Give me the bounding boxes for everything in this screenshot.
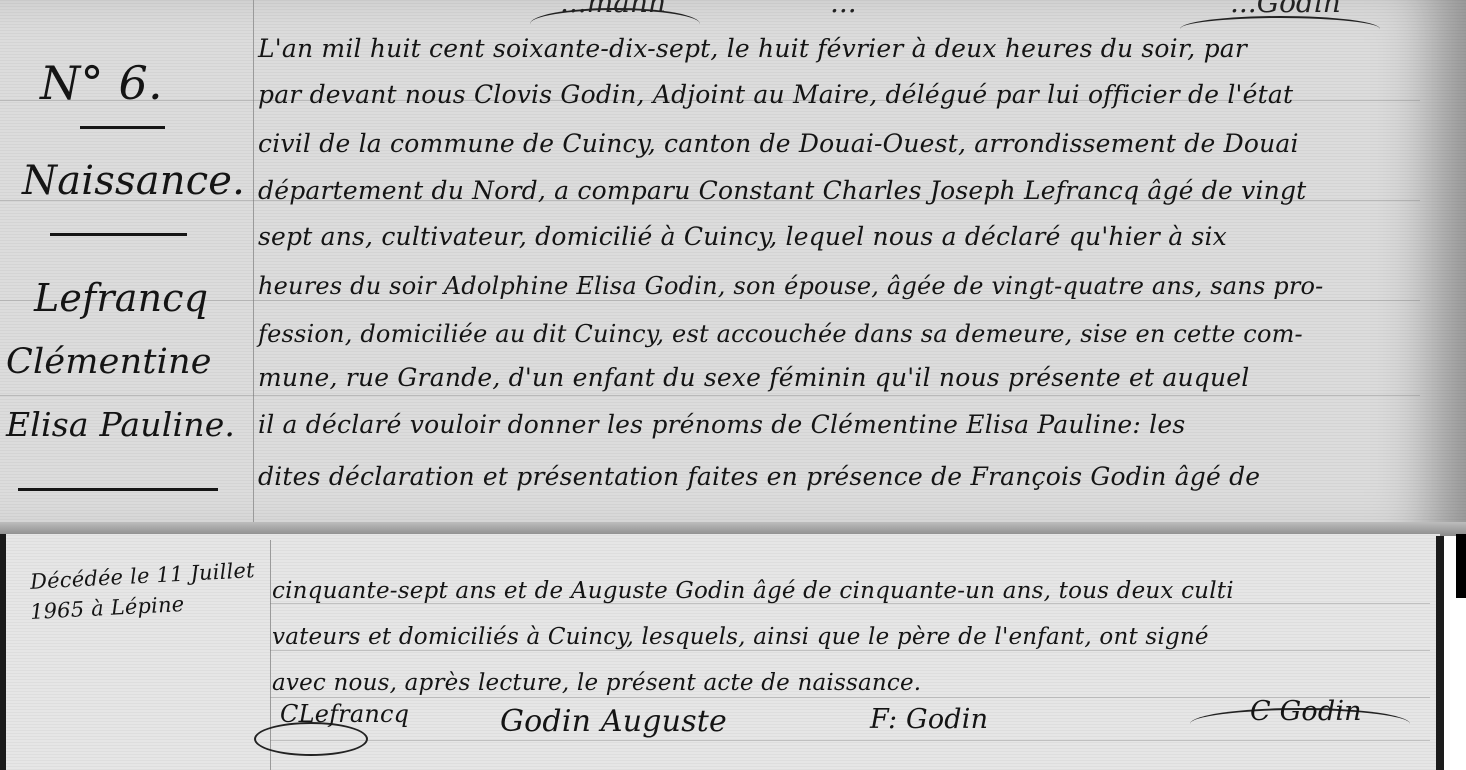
scan-border: [1456, 534, 1466, 598]
act-text-line: dites déclaration et présentation faites…: [258, 462, 1260, 491]
act-text-line: sept ans, cultivateur, domicilié à Cuinc…: [258, 222, 1227, 251]
child-given-names: Elisa Pauline.: [6, 405, 235, 444]
act-text-line: il a déclaré vouloir donner les prénoms …: [258, 410, 1185, 439]
underline: [80, 126, 165, 129]
ruled-line: [0, 395, 1420, 396]
act-text-line: heures du soir Adolphine Elisa Godin, so…: [258, 272, 1324, 300]
ruled-line: [270, 740, 1430, 741]
margin-rule: [253, 0, 254, 522]
act-text-line: avec nous, après lecture, le présent act…: [272, 670, 921, 696]
underline: [50, 233, 187, 236]
ruled-line: [270, 650, 1430, 651]
child-surname: Lefrancq: [34, 276, 208, 320]
partial-signature: ...: [830, 0, 857, 19]
act-text-line: département du Nord, a comparu Constant …: [258, 176, 1306, 205]
act-number: N° 6.: [40, 56, 163, 110]
act-text-line: civil de la commune de Cuincy, canton de…: [258, 129, 1299, 158]
ruled-line: [0, 300, 1420, 301]
act-text-line: mune, rue Grande, d'un enfant du sexe fé…: [258, 363, 1250, 392]
act-text-line: cinquante-sept ans et de Auguste Godin â…: [272, 578, 1234, 604]
act-text-line: par devant nous Clovis Godin, Adjoint au…: [258, 80, 1293, 109]
signature-officer: C Godin: [1250, 696, 1362, 727]
child-given-names: Clémentine: [6, 342, 212, 382]
underline: [18, 488, 218, 491]
act-category: Naissance.: [22, 158, 245, 204]
signature-father: CLefrancq: [280, 700, 409, 728]
act-text-line: fession, domiciliée au dit Cuincy, est a…: [258, 320, 1303, 348]
act-text-line: vateurs et domiciliés à Cuincy, lesquels…: [272, 624, 1209, 650]
act-text-line: L'an mil huit cent soixante-dix-sept, le…: [258, 34, 1247, 63]
page-edge-rule: [1436, 536, 1444, 770]
signature-witness: Godin Auguste: [500, 704, 727, 739]
signature-witness: F: Godin: [870, 704, 988, 735]
